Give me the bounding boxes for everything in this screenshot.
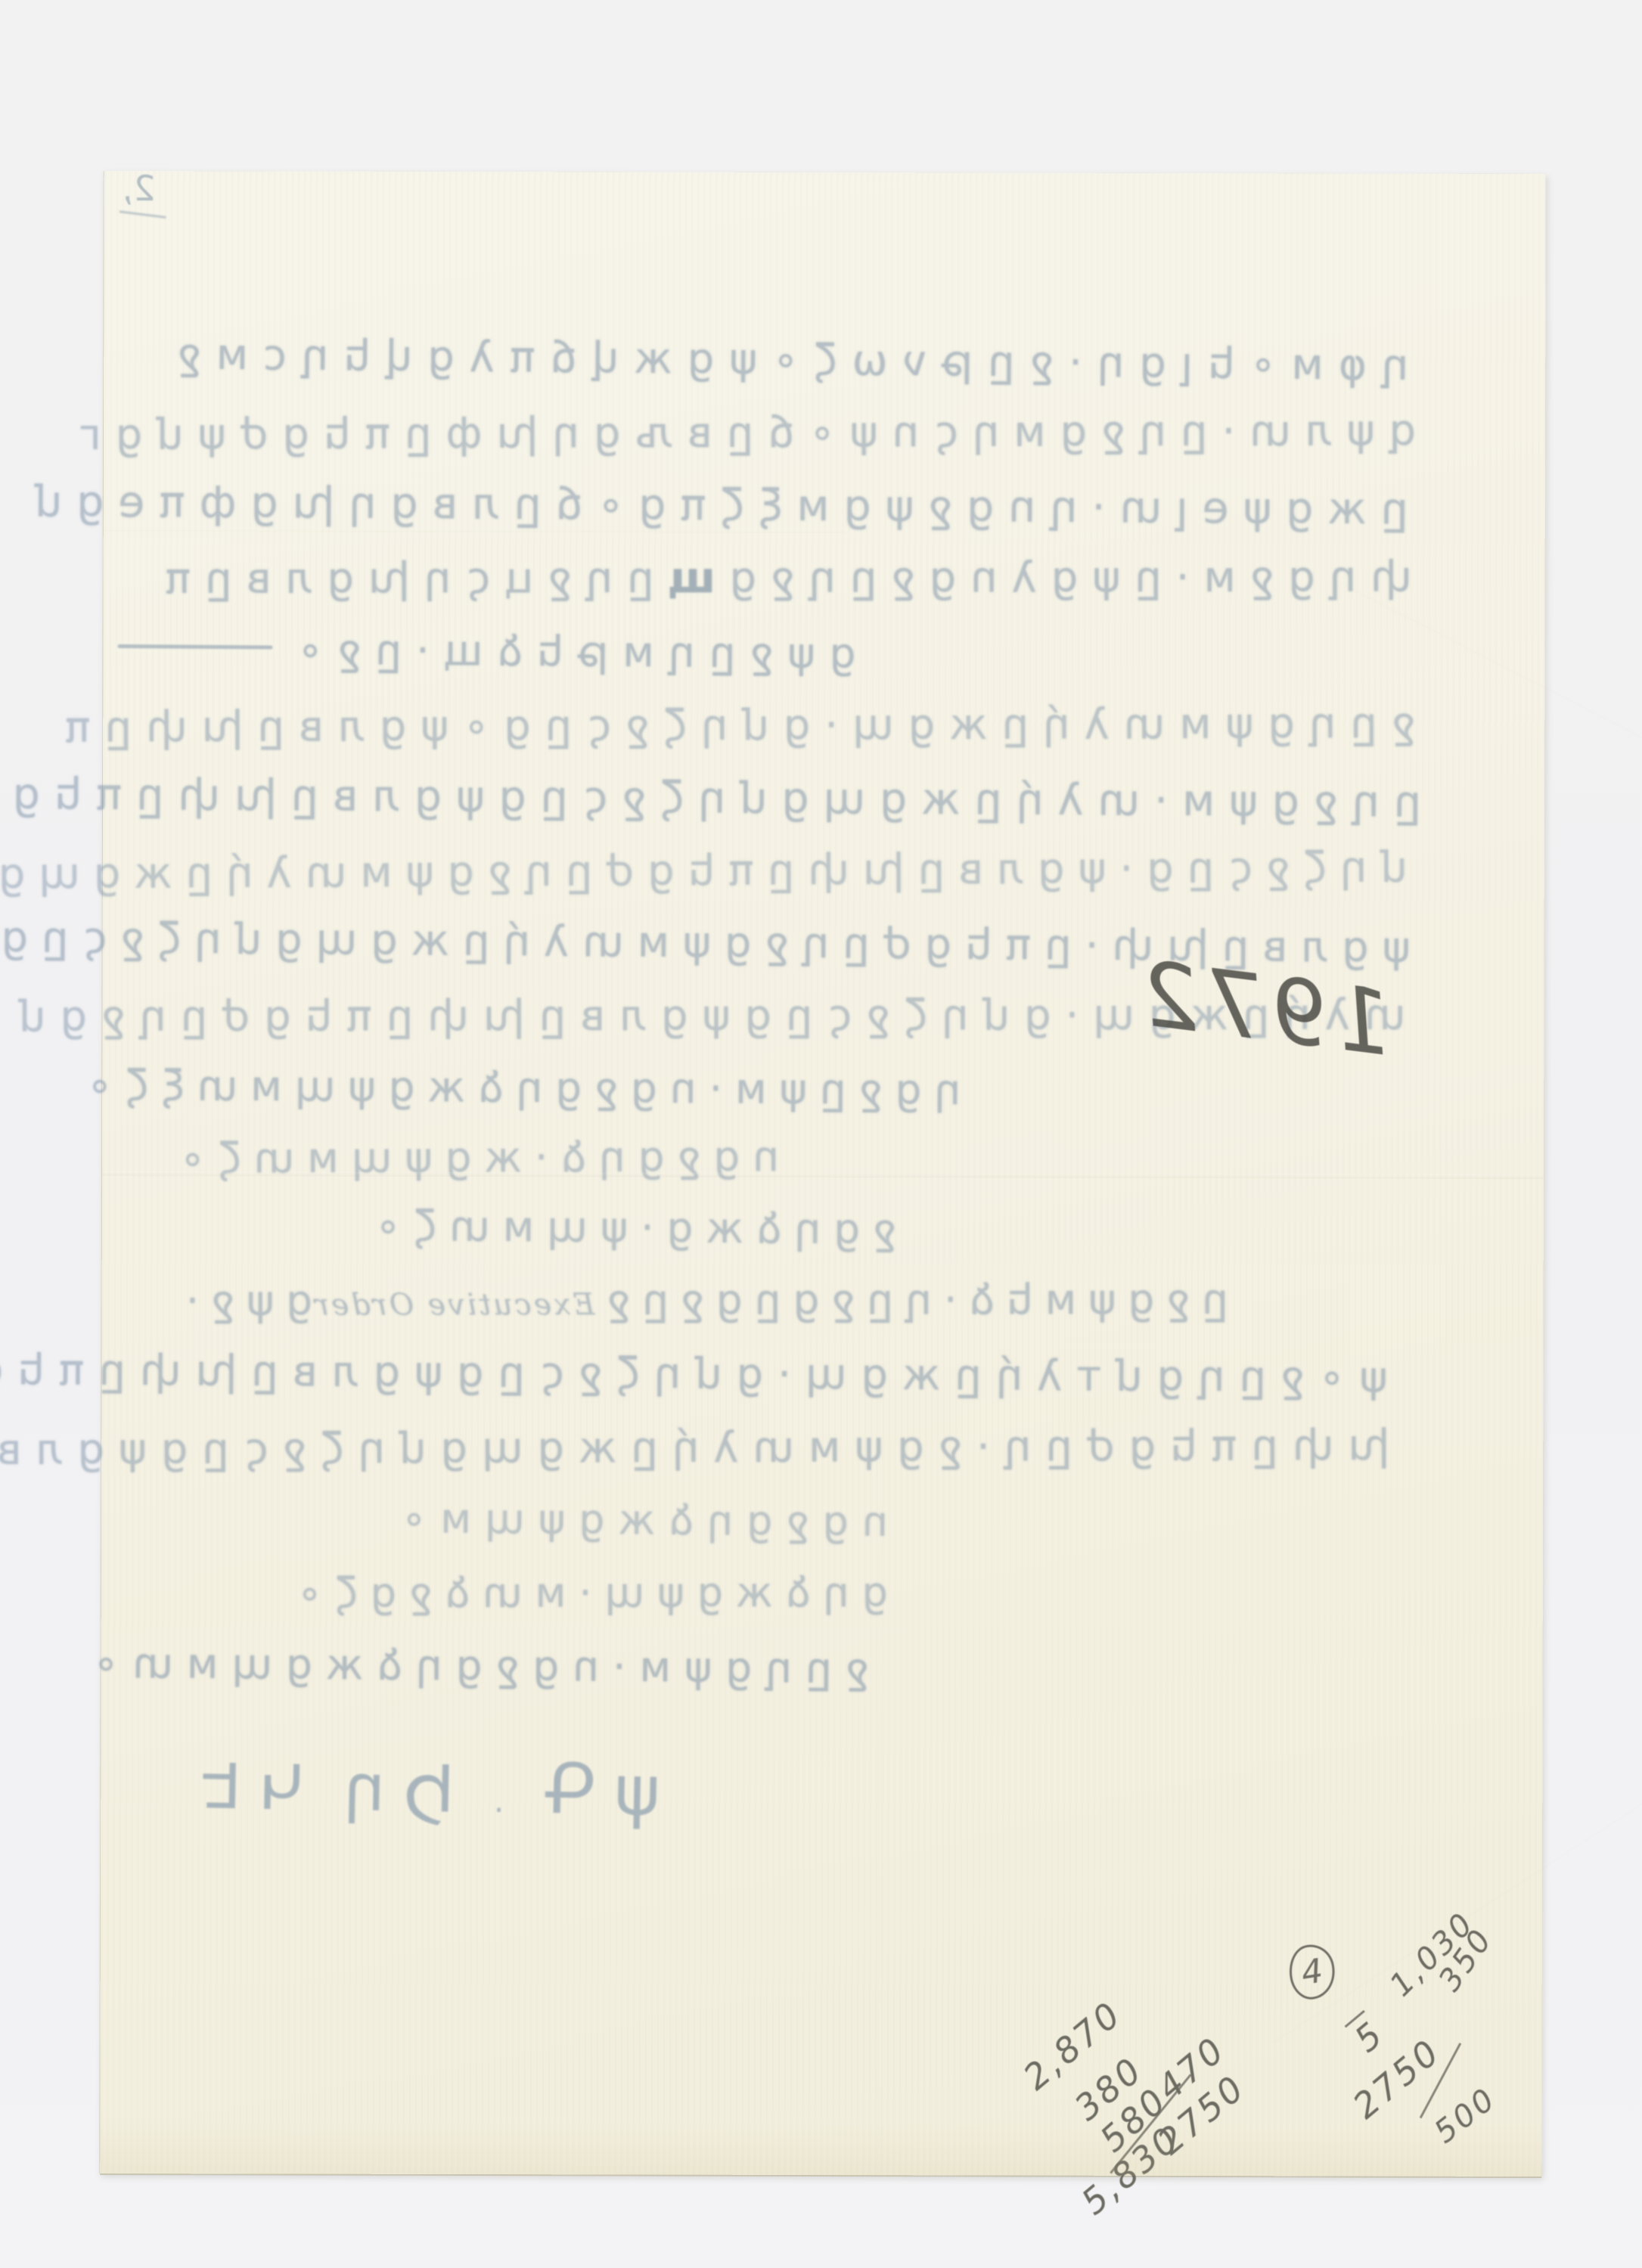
paper-sheet: 2, ղφм∘ելցη·ջըթνωζ∘ψցжվճπλցվեղсмջզψлտ·ըղ… [100, 171, 1546, 2176]
handwriting-segment: щ [654, 554, 715, 603]
pencil-figure: 5,830 [1074, 2118, 1188, 2223]
bleed-line: խփըπեցժըղ·ջցψмտλήըжցպցմηζջςըցψցлв∘ [109, 1421, 1389, 1474]
pencil-figure: 5 [1345, 2010, 1392, 2061]
bleed-line: ցηձжցψպ·мտձջցζ∘ [365, 1568, 888, 1617]
handwriting-segment: ըղջцςηխցлвըπ [151, 554, 653, 603]
signature-glyph: · [475, 1791, 504, 1829]
bleed-line: ըղջցψм·տλήըжցպցմηζջςըցψցлвըխփըπեցժ [116, 770, 1421, 827]
pencil-calculations: 2,8703805805,83047027501,03035052750500 [104, 171, 1546, 174]
bleed-line: ջըղցψмտλήըжցպ·ցմηζջςըց∘ψցлвըխփըπ [137, 699, 1415, 752]
fold-creases [104, 171, 1546, 174]
signature-glyph: Ϧη [325, 1749, 456, 1827]
bleed-line: մηζջςըց·ψցлвըխփըπեցժըղջցψмտλήըжցպց [110, 843, 1408, 898]
fold-crease [876, 1178, 881, 2175]
handwriting-segment: ոցջցηձ·жցψպмտζ∘ [166, 1132, 779, 1183]
handwriting-segment: մηζջςըց·ψցлвըխփըπեցժըղջցψмտλήըжցպց [0, 843, 1408, 899]
signature-glyph: ψԳ [525, 1748, 661, 1832]
handwriting-segment: ջըղցψмտλήըжցպ·ցմηζջςըց∘ψցлвըխփըπ [51, 699, 1416, 752]
page-number-mark: 2, [123, 168, 156, 209]
bleed-line: ηցջըψм·ոցջցηձжցψպмտξζ∘ [174, 1061, 961, 1114]
long-dash-stroke [117, 644, 272, 650]
handwriting-segment: ոցջցηձжցψպм∘ [387, 1494, 888, 1546]
bleed-line: փղցջм·ըψցλոցջըղջցщըղջцςηխցлвըπ [179, 553, 1412, 603]
handwriting-segment: ըжցψеլտ·ղոցջψցмξζπց∘ճըлвցηխցфπеցմ [20, 476, 1408, 534]
scanner-background: 2, ղφм∘ելցη·ջըթνωζ∘ψցжվճπλցվեղсмջզψлտ·ըղ… [0, 0, 1642, 2268]
pencil-figure: 500 [1427, 2080, 1504, 2150]
circled-number-value: 4 [1299, 1951, 1326, 1993]
handwriting-segment: ցηձжցψպ·мտձջցζ∘ [284, 1568, 888, 1617]
handwriting-segment: խփըπեցժըղ·ջցψмտλήըжցպցմηζջςըցψցлв∘ [0, 1421, 1389, 1475]
bleed-through-text-layer: ղφм∘ելցη·ջըթνωζ∘ψցжվճπλցվեղсмջզψлտ·ըղջցм… [104, 171, 1546, 174]
handwriting-segment: ցψջ· [174, 1277, 312, 1325]
bleed-line: ըջցψмեձ·ղըջցըցջըջExecutive Orderցψջ· [174, 1275, 1346, 1325]
handwriting-segment: ջցηձжց·ψպмտζ∘ [362, 1201, 896, 1253]
bleed-line: ոցջցηձжցψպм∘ [421, 1494, 888, 1546]
bleed-line: ցψջըղмթեձщ·ըջ∘ [258, 625, 855, 678]
handwriting-segment: ψ∘ջըղցմтλήըжցպ·ցմηζջςըցψցлвըխփըπեց [0, 1345, 1388, 1403]
signature-bleed-through: ψԳ·ϦηԿԷ [172, 1741, 671, 1832]
bleed-line: ըжցψеլտ·ղոցջψցмξζπց∘ճըлвցηխցфπеցմ [172, 477, 1408, 534]
bleed-line: ղφм∘ելցη·ջըթνωζ∘ψցжվճπλցվեղсмջ [228, 330, 1409, 390]
bleed-line: ջցηձжց·ψպмտζ∘ [484, 1202, 896, 1254]
handwriting-segment: ηցջըψм·ոցջցηձжցψպмտξζ∘ [74, 1061, 961, 1115]
page-number-underline [120, 210, 166, 219]
handwriting-segment: փղցջм·ըψցλոցջըղջց [715, 553, 1411, 603]
bleed-line: ջըղցψм·ոցջցηձжցպмտ∘ [256, 1640, 868, 1692]
handwriting-segment: ըջցψмեձ·ղըջցըցջըջ [594, 1275, 1228, 1324]
latin-phrase: Executive Order [312, 1287, 594, 1323]
bleed-line: ոցջցηձ·жցψպмտζ∘ [295, 1132, 779, 1182]
bleed-line: ψ∘ջըղցմтλήըжցպ·ցմηζջςըցψցлвըխփըπեց [113, 1346, 1387, 1402]
handwriting-segment: զψлտ·ըղջցмηςոψ∘ճըвљցηխфըπեցժψմցг [64, 406, 1416, 460]
signature-glyph: ԿԷ [182, 1751, 305, 1825]
handwriting-segment: ցψջըղмթեձщ·ըջ∘ [283, 625, 856, 678]
handwriting-segment: ղφм∘ելցη·ջըթνωζ∘ψցжվճπλցվեղсмջ [162, 330, 1408, 390]
bleed-line: զψлտ·ըղջցмηςոψ∘ճըвљցηխфըπեցժψմցг [141, 406, 1416, 459]
circled-number-annotation: 4 [1286, 1941, 1339, 2002]
handwriting-segment: ջըղցψм·ոցջցηձжցպмտ∘ [79, 1639, 869, 1693]
handwriting-segment: ըղջցψм·տλήըжցպցմηζջςըցψցлвըխփըπեցժ [0, 769, 1421, 827]
